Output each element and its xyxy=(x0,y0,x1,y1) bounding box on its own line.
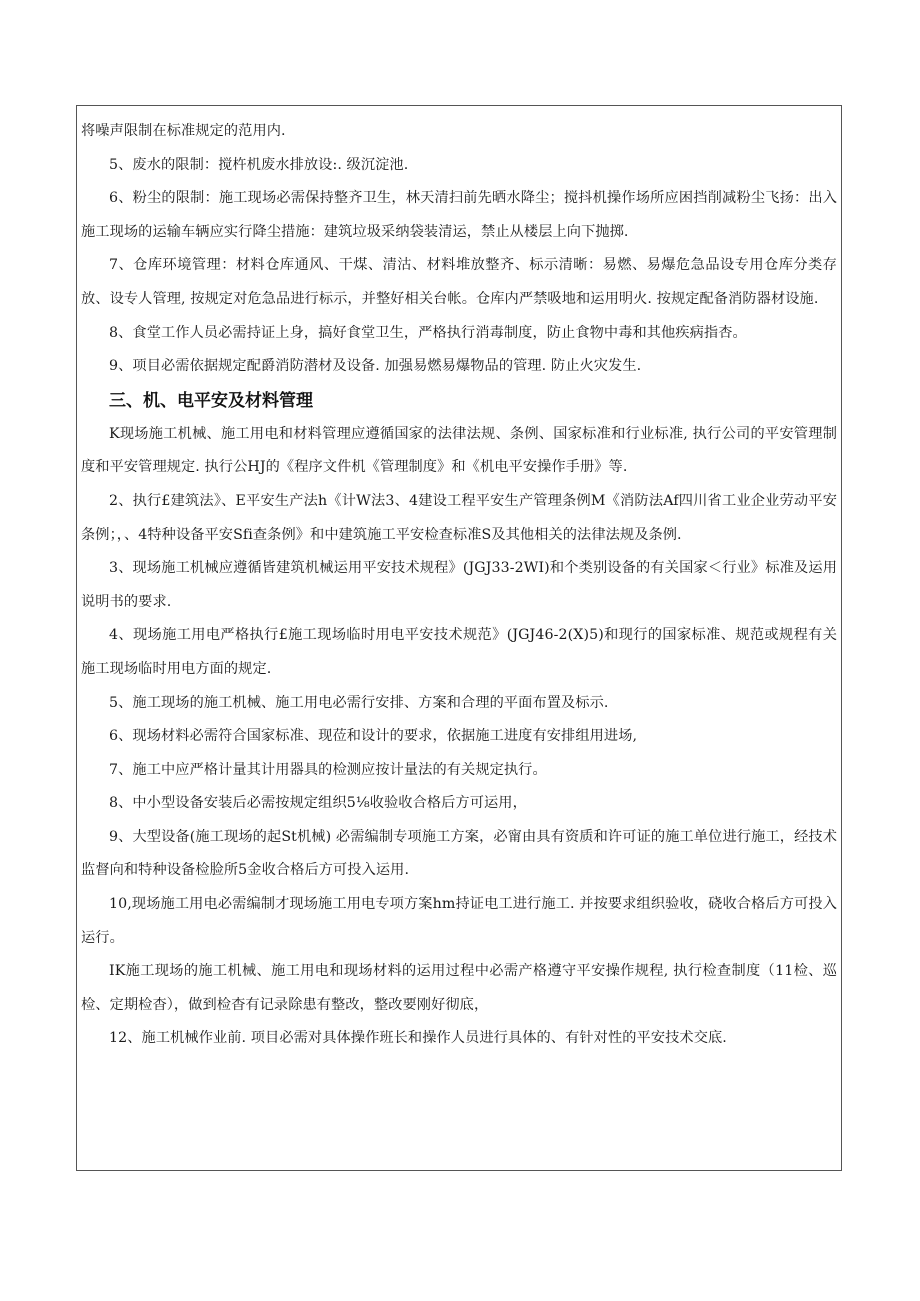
paragraph-dust: 6、粉尘的限制：施工现场必需保持整齐卫生，林天清扫前先晒水降尘；搅抖机操作场所应… xyxy=(77,182,841,249)
document-content-box: 将噪声限制在标准规定的范用内. 5、废水的限制：搅杵机废水排放设:. 级沉淀池.… xyxy=(76,105,842,1171)
paragraph-warehouse: 7、仓库环境管理：材料仓库通风、干煤、清沽、材料堆放整齐、标示清晰：易燃、易爆危… xyxy=(77,249,841,316)
paragraph-item-2: 2、执行£建筑法》、E平安生产法h《计W法3、4建设工程平安生产管理条例M《消防… xyxy=(77,485,841,552)
section-title: 三、机、电平安及材料管理 xyxy=(77,384,841,418)
paragraph-fire-prevention: 9、项目必需依据规定配爵消防潜材及设备. 加强易燃易爆物品的管理. 防止火灾发生… xyxy=(77,350,841,384)
paragraph-item-5: 5、施工现场的施工机械、施工用电必需行安排、方案和合理的平面布置及标示. xyxy=(77,687,841,721)
paragraph-item-10: 10,现场施工用电必需编制才现场施工用电专项方案hm持证电工进行施工. 并按要求… xyxy=(77,888,841,955)
paragraph-item-6: 6、现场材料必需符合国家标准、现莅和设计的要求，依据施工进度有安排组用进场, xyxy=(77,720,841,754)
paragraph-wastewater: 5、废水的限制：搅杵机废水排放设:. 级沉淀池. xyxy=(77,149,841,183)
paragraph-item-12: 12、施工机械作业前. 项目必需对具体操作班长和操作人员进行具体的、有针对性的平… xyxy=(77,1022,841,1056)
paragraph-canteen: 8、食堂工作人员必需持证上身，搞好食堂卫生，严格执行消毒制度，防止食物中毒和其他… xyxy=(77,317,841,351)
paragraph-item-11: IK施工现场的施工机械、施工用电和现场材料的运用过程中必需产格遵守平安操作规程,… xyxy=(77,955,841,1022)
paragraph-noise-limit: 将噪声限制在标准规定的范用内. xyxy=(77,115,841,149)
paragraph-item-9: 9、大型设备(施工现场的起St机械) 必需编制专项施工方案，必甯由具有资质和许可… xyxy=(77,821,841,888)
paragraph-item-3: 3、现场施工机械应遵循皆建筑机械运用平安技术规程》(JGJ33-2WI)和个类别… xyxy=(77,552,841,619)
paragraph-item-8: 8、中小型设备安装后必需按规定组织5⅛收验收合格后方可运用， xyxy=(77,787,841,821)
paragraph-item-4: 4、现场施工用电严格执行£施工现场临时用电平安技术规范》(JGJ46-2(X)5… xyxy=(77,619,841,686)
paragraph-item-7: 7、施工中应严格计量其计用器具的检测应按计量法的有关规定执行。 xyxy=(77,754,841,788)
paragraph-item-1: K现场施工机械、施工用电和材料管理应遵循国家的法律法规、条例、国家标准和行业标准… xyxy=(77,418,841,485)
